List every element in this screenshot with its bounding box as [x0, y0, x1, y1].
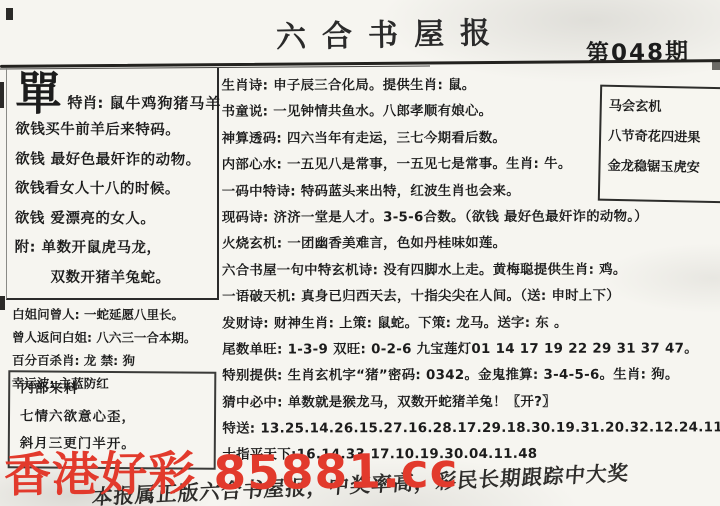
tip-line: 百分百杀肖: 龙 禁: 狗 [12, 349, 222, 373]
jockey-club-mystery-line: 八节奇花四进果 [608, 122, 720, 154]
one-sentence-mystery-line: 六合书屋一句中特玄机诗: 没有四脚水上走。黄梅聪提供生肖: 鸡。 [222, 257, 720, 285]
tip-line: 白姐问曾人: 一蛇延愿八里长。 [12, 303, 222, 327]
guess-hit-line: 猜中必中: 单数就是猴龙马，双数开蛇猪羊兔！〖开?〗 [222, 389, 720, 417]
newspaper-page: 六合书屋报 第048期 單 特肖: 鼠牛鸡狗猪马羊 欲钱买牛前羊后来特码。 欲钱… [0, 0, 720, 506]
odd-even-note-line: 附: 单数开鼠虎马龙， [15, 233, 213, 264]
big-character-dan: 單 [15, 71, 61, 115]
tip-line: 曾人返问白姐: 八六三一合本期。 [12, 326, 222, 350]
money-poem-line: 欲钱 最好色最奸诈的动物。 [15, 145, 213, 176]
left-column: 單 特肖: 鼠牛鸡狗猪马羊 欲钱买牛前羊后来特码。 欲钱 最好色最奸诈的动物。 … [6, 68, 219, 300]
fire-mystery-line: 火烧玄机: 一团幽香美难言，色如丹桂味如莲。 [222, 231, 720, 259]
jockey-club-mystery-line: 金龙稳锯玉虎安 [607, 152, 720, 184]
internal-material-line: 七情六欲意心歪， [20, 403, 204, 432]
fortune-poem-line: 发财诗: 财神生肖: 上策: 鼠蛇。下策: 龙马。送字: 东 。 [222, 310, 720, 338]
money-poem-line: 欲钱 爱漂亮的女人。 [15, 204, 213, 235]
scan-artifact [0, 82, 4, 108]
odd-even-note-line: 双数开猪羊兔蛇。 [14, 263, 212, 294]
internal-material-title: 内部来料 [20, 375, 204, 404]
jockey-club-mystery-title: 马会玄机 [608, 92, 720, 124]
tail-number-line: 尾数单旺: 1-3-9 双旺: 0-2-6 九宝莲灯01 14 17 19 22… [222, 336, 720, 364]
scan-artifact [6, 8, 13, 20]
special-offer-line: 特别提供: 生肖玄机字“猪”密码: 0342。金鬼推算: 3-4-5-6。生肖:… [222, 363, 720, 391]
special-zodiac-label: 特肖: [67, 92, 103, 116]
page-title: 六合书屋报 [276, 8, 507, 57]
heaven-secret-line: 一语破天机: 真身已归西天去，十指尖尖在人间。（送: 申时上下） [222, 283, 720, 311]
money-poem-line: 欲钱买牛前羊后来特码。 [15, 115, 213, 146]
special-zodiac-value: 鼠牛鸡狗猪马羊 [109, 92, 221, 117]
current-code-poem-line: 现码诗: 济济一堂是人才。3-5-6合数。（欲钱 最好色最奸诈的动物。） [222, 204, 720, 232]
money-poem-line: 欲钱看女人十八的时候。 [15, 174, 213, 205]
jockey-club-mystery-box: 马会玄机 八节奇花四进果 金龙稳锯玉虎安 [598, 85, 720, 204]
red-watermark-text: 香港好彩 85881.cc [4, 434, 459, 506]
special-zodiac-line: 單 特肖: 鼠牛鸡狗猪马羊 [15, 71, 213, 116]
scan-artifact [0, 296, 5, 310]
